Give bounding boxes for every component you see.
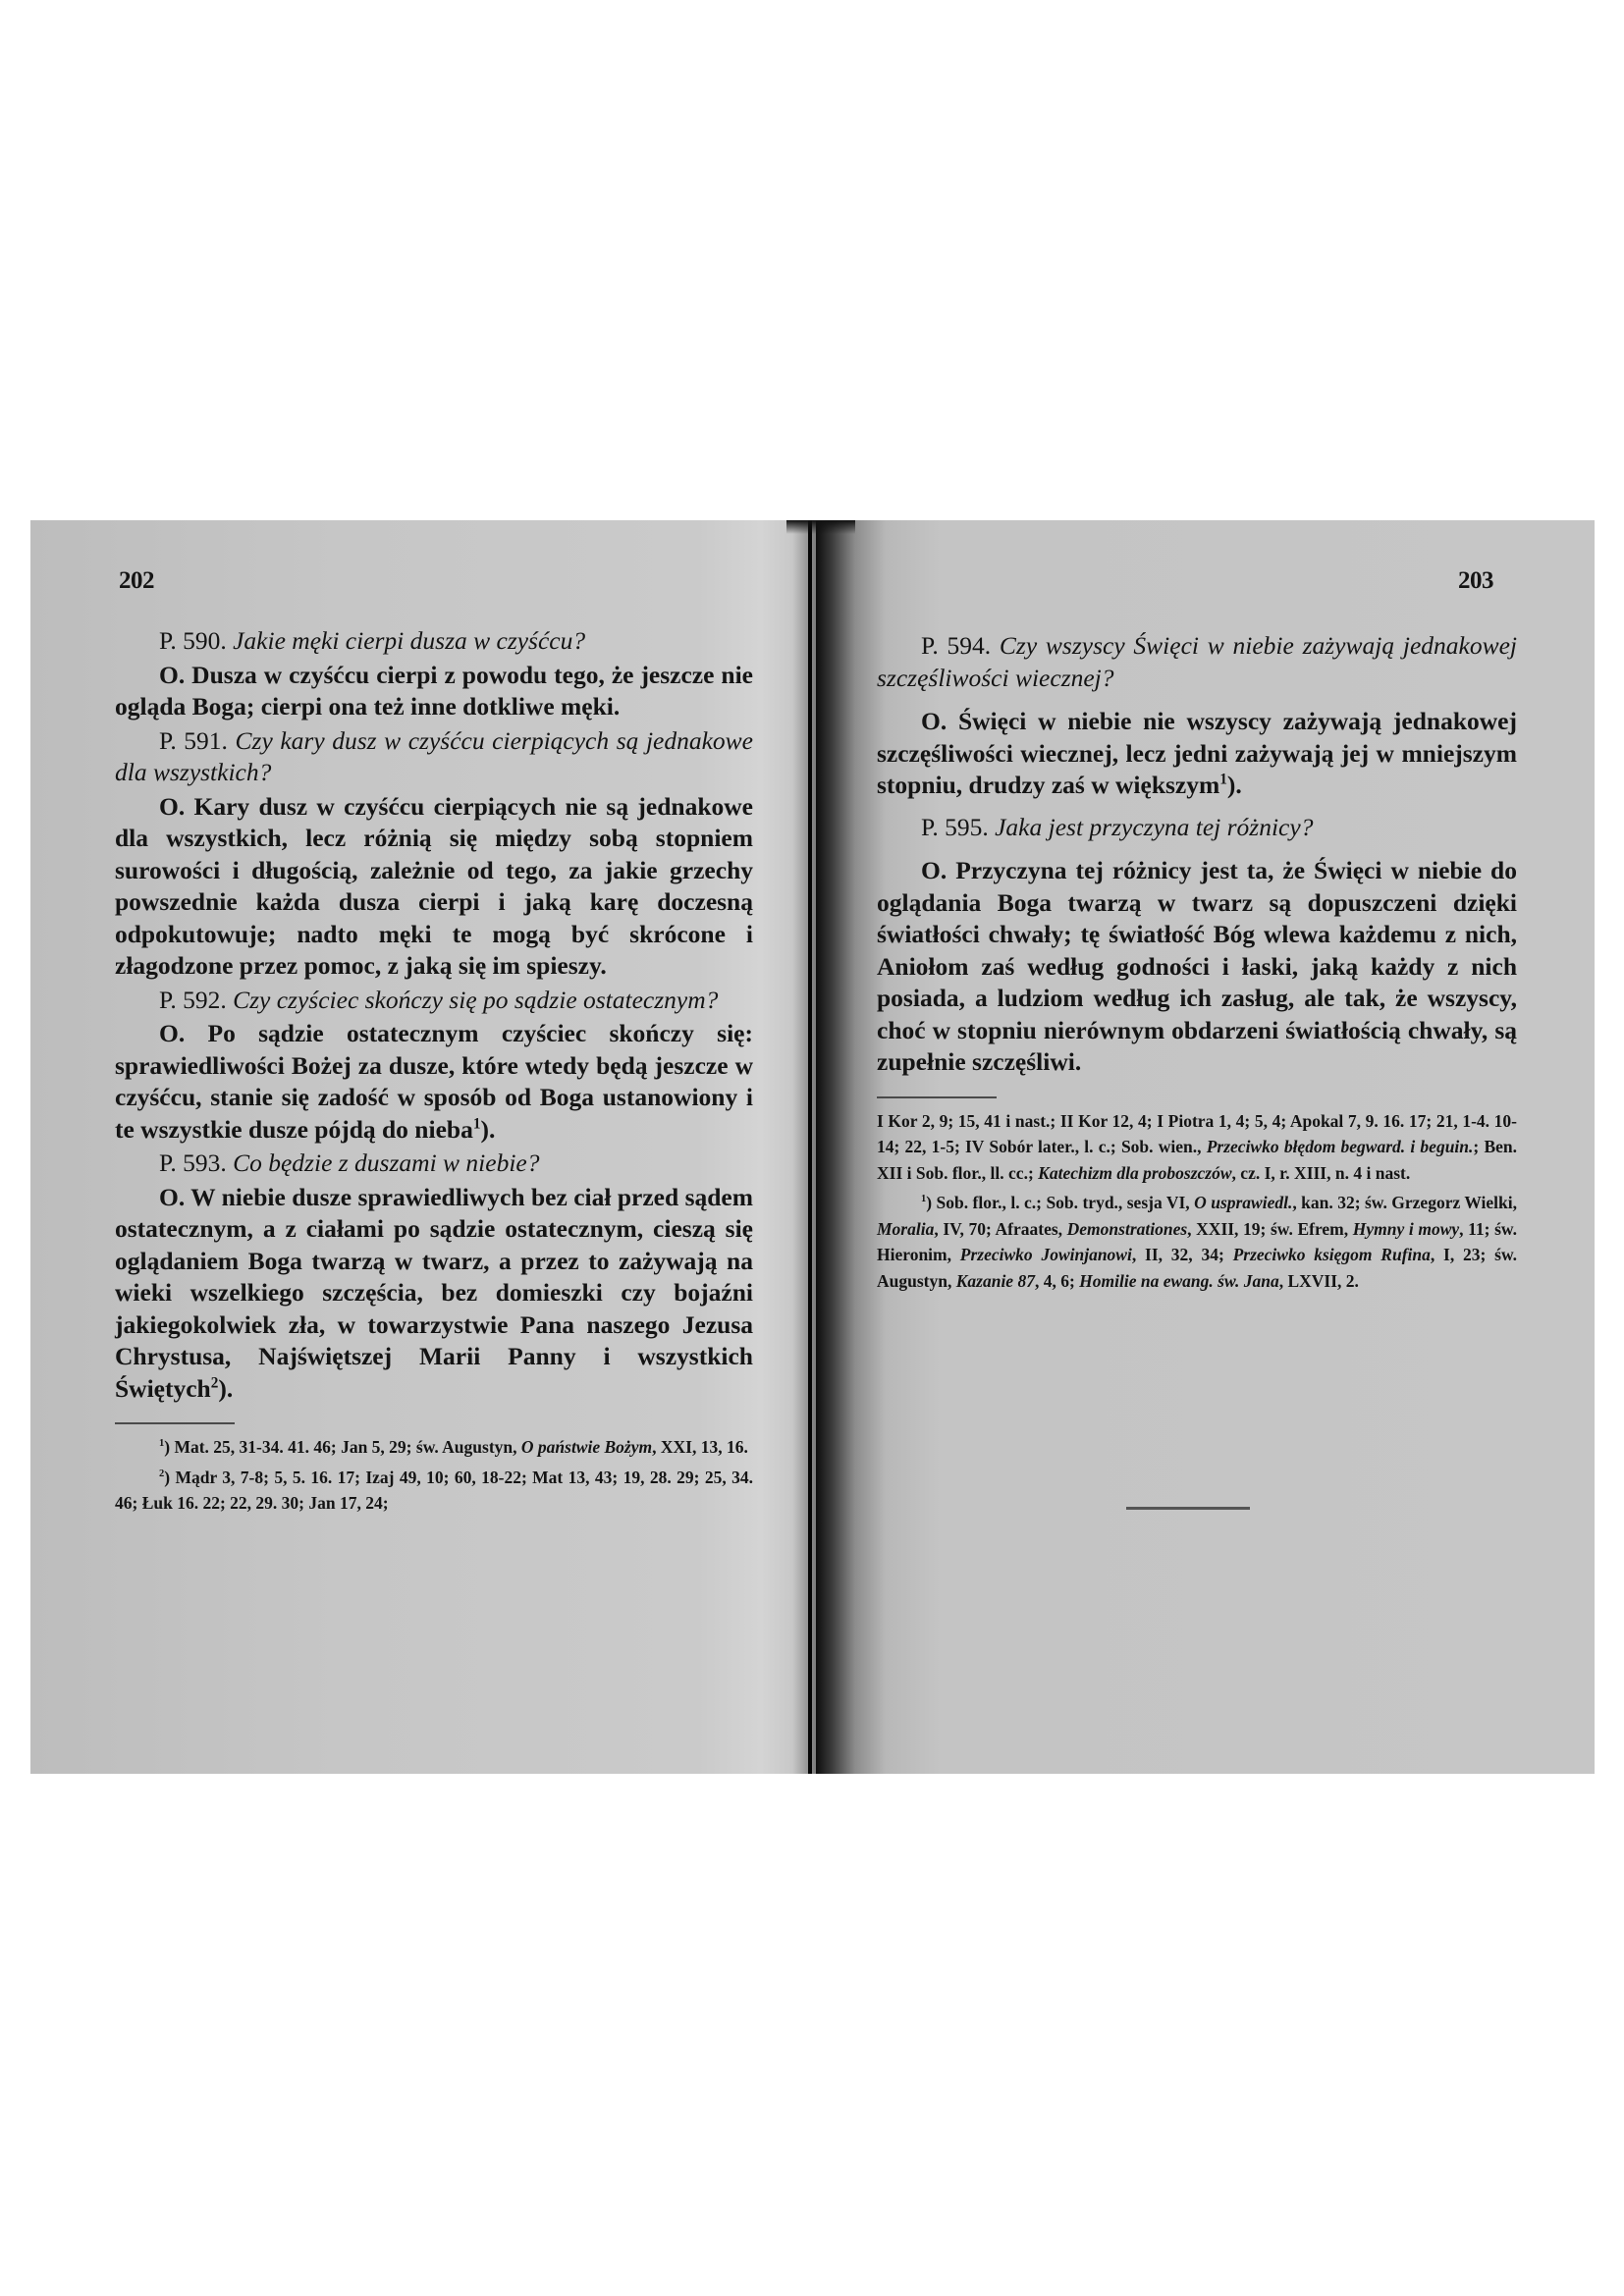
footnote-segment: Demonstrationes bbox=[1067, 1219, 1188, 1239]
footnote-segment: , 4, 6; bbox=[1035, 1271, 1079, 1291]
page-number: 202 bbox=[119, 567, 154, 595]
footnote-segment: Kazanie 87 bbox=[956, 1271, 1035, 1291]
footnote-segment: , II, 32, 34; bbox=[1132, 1245, 1233, 1264]
answer-591: O. Kary dusz w czyśćcu cierpiących nie s… bbox=[115, 791, 753, 983]
question-592: P. 592. Czy czyściec skończy się po sądz… bbox=[115, 985, 753, 1017]
answer-593: O. W niebie dusze sprawiedliwych bez cia… bbox=[115, 1182, 753, 1406]
footnote-segment: Przeciwko Jowinjanowi bbox=[960, 1245, 1132, 1264]
question-594: P. 594. Czy wszyscy Święci w niebie zaży… bbox=[877, 630, 1517, 694]
footnote-segment: O usprawiedl. bbox=[1194, 1193, 1292, 1212]
page-number: 203 bbox=[1458, 567, 1493, 595]
footnote-segment: Przeciwko księgom Rufina bbox=[1233, 1245, 1431, 1264]
footnote-segment: , IV, 70; Afraates, bbox=[934, 1219, 1066, 1239]
footnote-2: 2) Mądr 3, 7-8; 5, 5. 16. 17; Izaj 49, 1… bbox=[115, 1465, 753, 1517]
footnote-1: 1) Mat. 25, 31-34. 41. 46; Jan 5, 29; św… bbox=[115, 1434, 753, 1461]
text-column: P. 590. Jakie męki cierpi dusza w czyśćc… bbox=[115, 623, 753, 1517]
footnote-segment: Homilie na ewang. św. Jana bbox=[1079, 1271, 1279, 1291]
footnote-segment: , XXII, 19; św. Efrem, bbox=[1187, 1219, 1353, 1239]
question-591: P. 591. Czy kary dusz w czyśćcu cierpiąc… bbox=[115, 725, 753, 789]
question-593: P. 593. Co będzie z duszami w niebie? bbox=[115, 1148, 753, 1180]
question-590: P. 590. Jakie męki cierpi dusza w czyśćc… bbox=[115, 625, 753, 658]
right-page: 203 P. 594. Czy wszyscy Święci w niebie … bbox=[816, 520, 1595, 1774]
footnote-divider bbox=[877, 1096, 997, 1098]
answer-590: O. Dusza w czyśćcu cierpi z powodu tego,… bbox=[115, 660, 753, 723]
footnote-1: 1) Sob. flor., l. c.; Sob. tryd., sesja … bbox=[877, 1190, 1517, 1294]
text-column: P. 594. Czy wszyscy Święci w niebie zaży… bbox=[877, 628, 1517, 1294]
answer-592: O. Po sądzie ostatecznym czyściec skończ… bbox=[115, 1018, 753, 1146]
question-595: P. 595. Jaka jest przyczyna tej różnicy? bbox=[877, 812, 1517, 844]
answer-595: O. Przyczyna tej różnicy jest ta, że Świ… bbox=[877, 855, 1517, 1079]
footnote-continuation: I Kor 2, 9; 15, 41 i nast.; II Kor 12, 4… bbox=[877, 1108, 1517, 1187]
spine-shadow bbox=[786, 520, 855, 534]
footnote-segment: , kan. 32; św. Grzegorz Wielki, bbox=[1292, 1193, 1517, 1212]
answer-594: O. Święci w niebie nie wszyscy zażywają … bbox=[877, 706, 1517, 802]
footnote-segment: Hymny i mowy bbox=[1353, 1219, 1459, 1239]
footnote-ref: 1 bbox=[1219, 772, 1227, 788]
footnote-segment: Moralia bbox=[877, 1219, 934, 1239]
book-scan: 202 P. 590. Jakie męki cierpi dusza w cz… bbox=[30, 520, 1595, 1774]
chapter-end-rule bbox=[1126, 1507, 1250, 1510]
footnote-divider bbox=[115, 1422, 235, 1424]
footnote-segment: , LXVII, 2. bbox=[1279, 1271, 1359, 1291]
book-spine bbox=[808, 520, 812, 1774]
footnote-segment: ) Sob. flor., l. c.; Sob. tryd., sesja V… bbox=[926, 1193, 1194, 1212]
left-page: 202 P. 590. Jakie męki cierpi dusza w cz… bbox=[30, 520, 816, 1774]
